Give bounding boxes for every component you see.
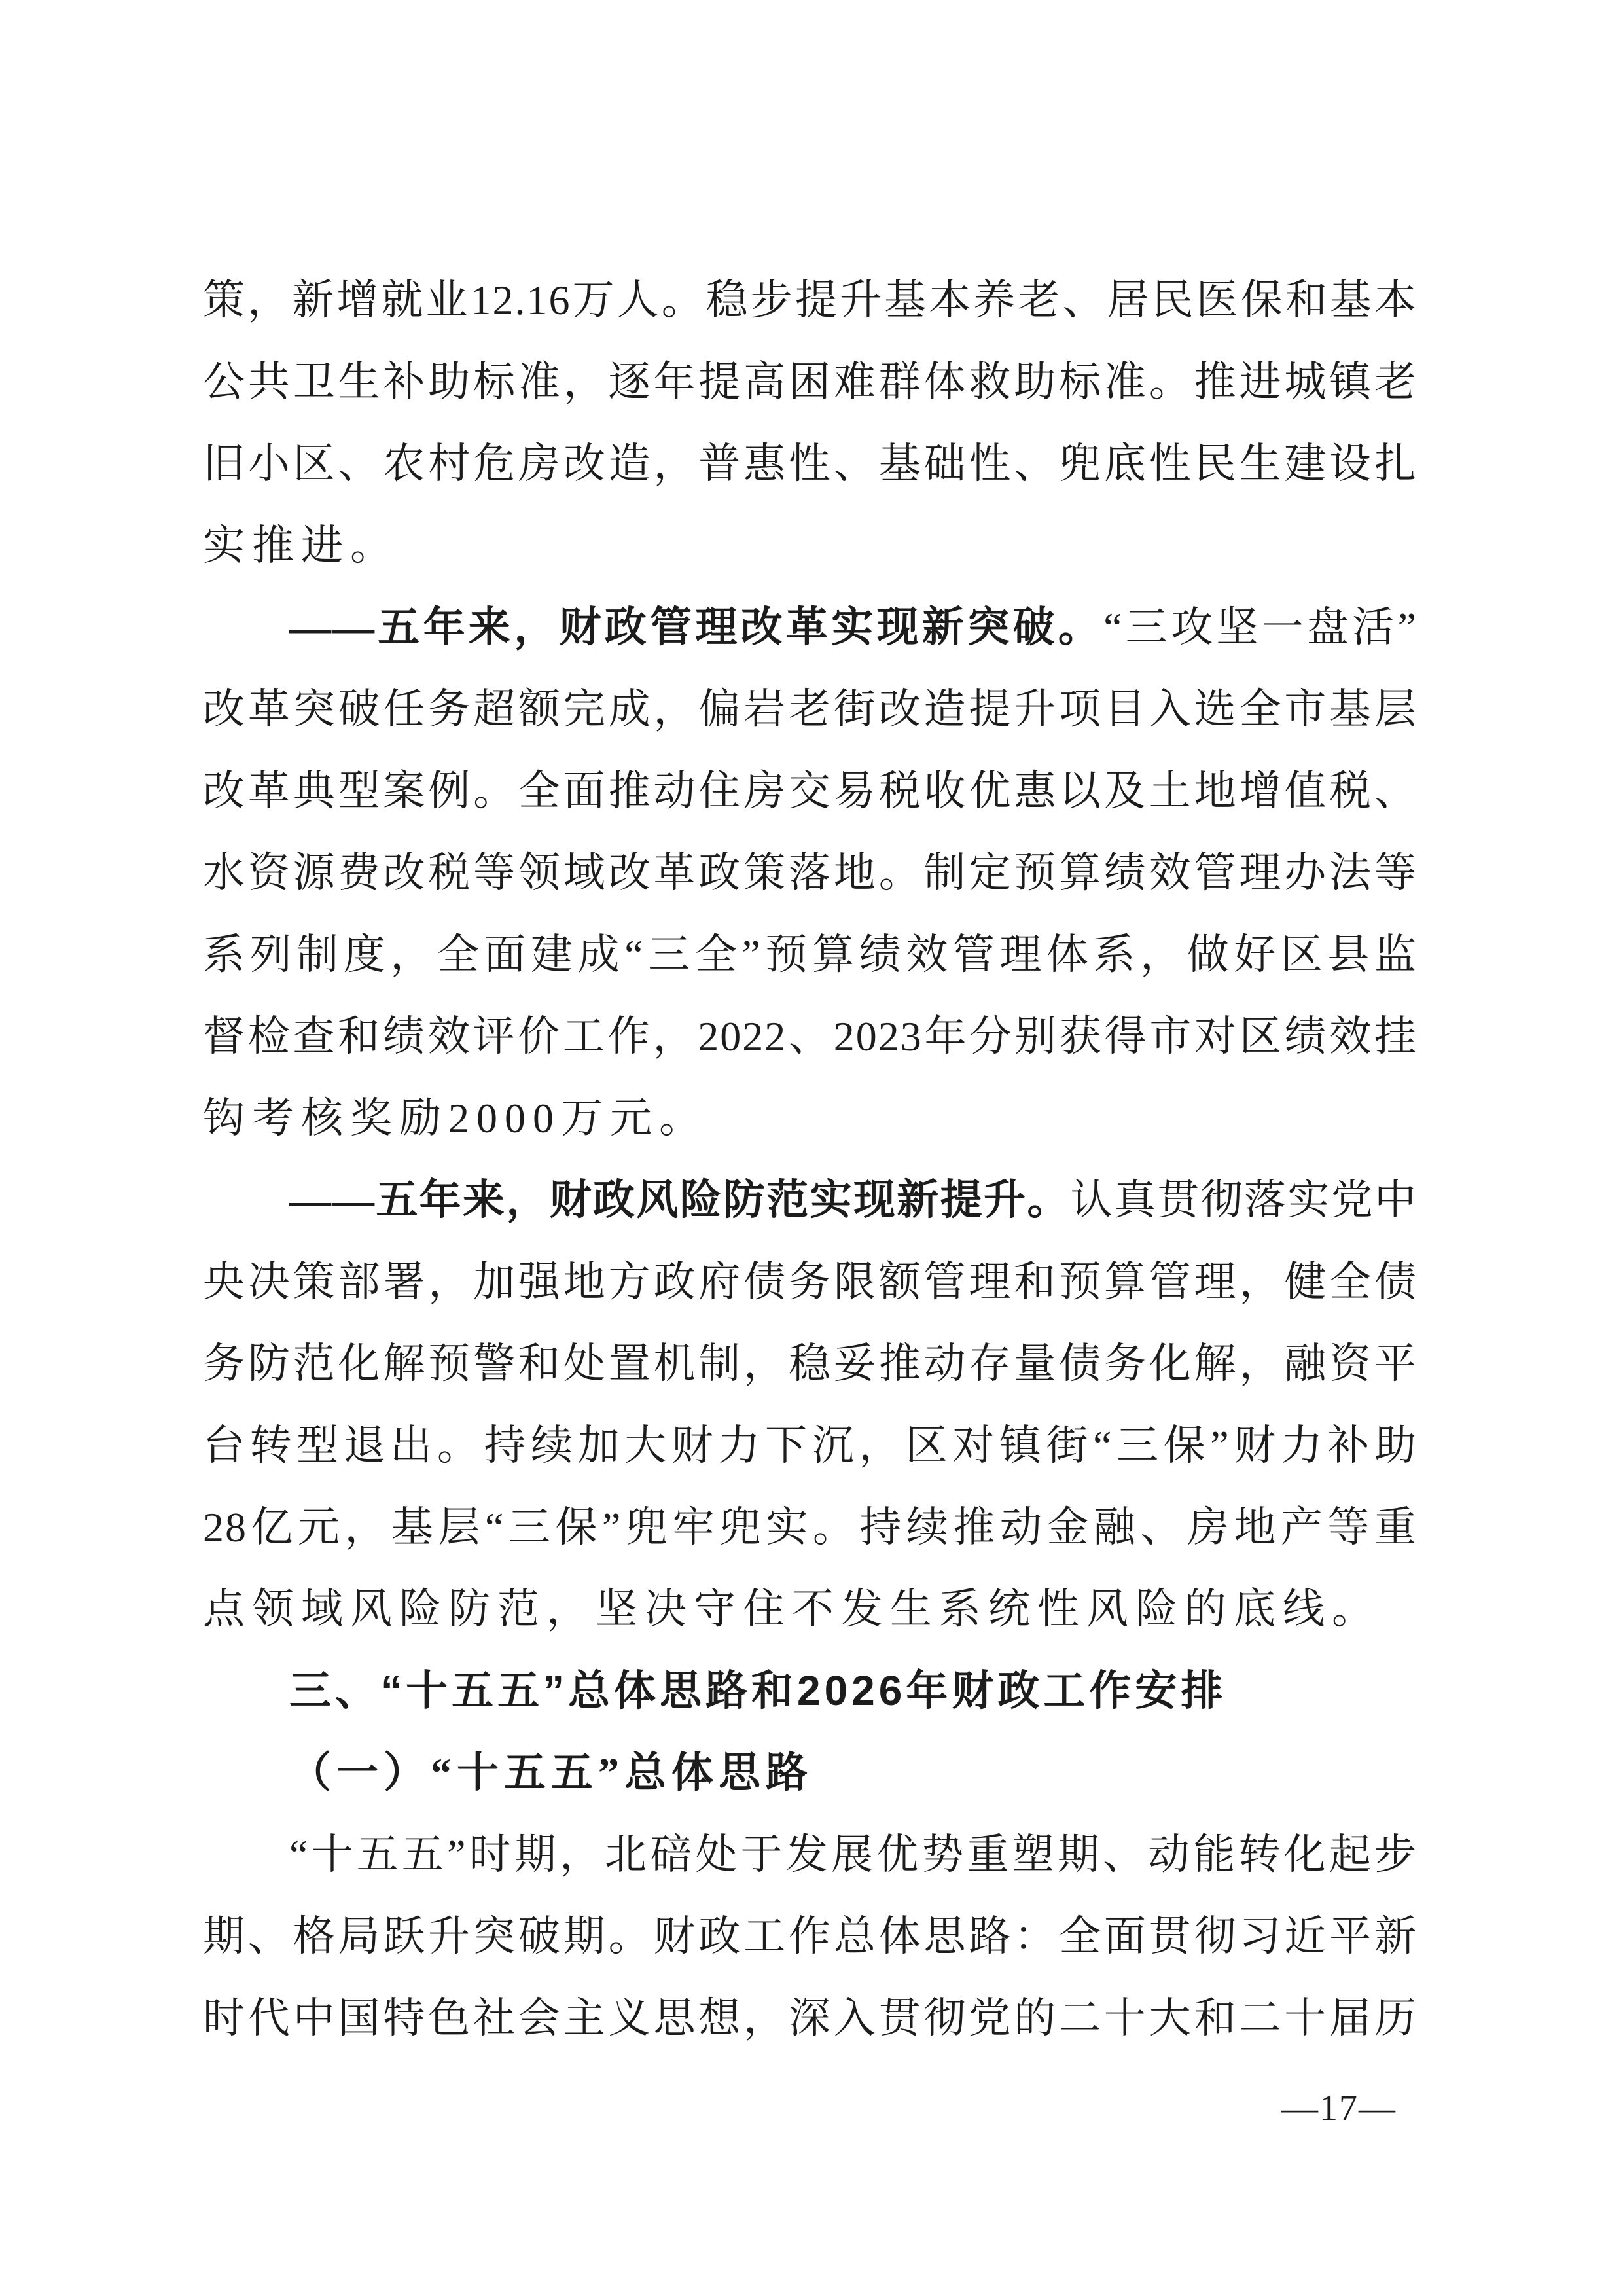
text-line: 台转型退出。持续加大财力下沉，区对镇街“三保”财力补助 (203, 1405, 1418, 1486)
text-line: 期、格局跃升突破期。财政工作总体思路：全面贯彻习近平新 (203, 1895, 1418, 1977)
text-segment: “十五五”时期，北碚处于发展优势重塑期、动能转化起步 (289, 1831, 1418, 1878)
text-segment: 改革突破任务超额完成，偏岩老街改造提升项目入选全市基层 (203, 686, 1418, 732)
document-page: 策，新增就业12.16万人。稳步提升基本养老、居民医保和基本公共卫生补助标准，逐… (0, 0, 1623, 2296)
text-line: ——五年来，财政管理改革实现新突破。“三攻坚一盘活” (203, 586, 1418, 668)
text-line: ——五年来，财政风险防范实现新提升。认真贯彻落实党中 (203, 1159, 1418, 1241)
subsection-heading: （一）“十五五”总体思路 (203, 1732, 1418, 1814)
text-segment: 督检查和绩效评价工作，2022、2023年分别获得市对区绩效挂 (203, 1013, 1418, 1060)
text-segment: 认真贯彻落实党中 (1071, 1177, 1418, 1223)
text-segment: 钩考核奖励2000万元。 (203, 1095, 708, 1141)
text-segment: 点领域风险防范，坚决守住不发生系统性风险的底线。 (203, 1586, 1381, 1632)
text-segment: 期、格局跃升突破期。财政工作总体思路：全面贯彻习近平新 (203, 1913, 1418, 1960)
text-line: 点领域风险防范，坚决守住不发生系统性风险的底线。 (203, 1568, 1418, 1650)
bold-text-segment: ——五年来，财政管理改革实现新突破。 (289, 604, 1103, 651)
text-segment: 旧小区、农村危房改造，普惠性、基础性、兜底性民生建设扎 (203, 440, 1418, 487)
text-line: 务防范化解预警和处置机制，稳妥推动存量债务化解，融资平 (203, 1323, 1418, 1405)
text-line: 水资源费改税等领域改革政策落地。制定预算绩效管理办法等 (203, 832, 1418, 914)
document-content: 策，新增就业12.16万人。稳步提升基本养老、居民医保和基本公共卫生补助标准，逐… (203, 259, 1418, 2059)
page-number: —17— (1281, 2085, 1397, 2131)
text-line: “十五五”时期，北碚处于发展优势重塑期、动能转化起步 (203, 1814, 1418, 1895)
text-segment: 实推进。 (203, 522, 399, 569)
text-segment: “三攻坚一盘活” (1103, 604, 1418, 651)
text-line: 时代中国特色社会主义思想，深入贯彻党的二十大和二十届历 (203, 1977, 1418, 2059)
text-segment: 务防范化解预警和处置机制，稳妥推动存量债务化解，融资平 (203, 1340, 1418, 1387)
text-segment: 时代中国特色社会主义思想，深入贯彻党的二十大和二十届历 (203, 1995, 1418, 2041)
text-line: 系列制度，全面建成“三全”预算绩效管理体系，做好区县监 (203, 914, 1418, 996)
text-line: 督检查和绩效评价工作，2022、2023年分别获得市对区绩效挂 (203, 996, 1418, 1077)
bold-text-segment: 三、“十五五”总体思路和2026年财政工作安排 (289, 1667, 1226, 1714)
section-heading: 三、“十五五”总体思路和2026年财政工作安排 (203, 1650, 1418, 1732)
text-segment: 策，新增就业12.16万人。稳步提升基本养老、居民医保和基本 (203, 277, 1418, 323)
text-segment: 改革典型案例。全面推动住房交易税收优惠以及土地增值税、 (203, 768, 1418, 814)
text-line: 策，新增就业12.16万人。稳步提升基本养老、居民医保和基本 (203, 259, 1418, 341)
text-line: 改革典型案例。全面推动住房交易税收优惠以及土地增值税、 (203, 750, 1418, 832)
text-line: 钩考核奖励2000万元。 (203, 1077, 1418, 1159)
text-line: 央决策部署，加强地方政府债务限额管理和预算管理，健全债 (203, 1241, 1418, 1323)
text-segment: 央决策部署，加强地方政府债务限额管理和预算管理，健全债 (203, 1259, 1418, 1305)
text-line: 旧小区、农村危房改造，普惠性、基础性、兜底性民生建设扎 (203, 423, 1418, 505)
text-segment: （一）“十五五”总体思路 (289, 1749, 813, 1796)
text-segment: 28亿元，基层“三保”兜牢兜实。持续推动金融、房地产等重 (203, 1504, 1418, 1551)
text-segment: 公共卫生补助标准，逐年提高困难群体救助标准。推进城镇老 (203, 359, 1418, 405)
text-segment: 系列制度，全面建成“三全”预算绩效管理体系，做好区县监 (203, 931, 1418, 978)
text-line: 实推进。 (203, 505, 1418, 586)
text-segment: 台转型退出。持续加大财力下沉，区对镇街“三保”财力补助 (203, 1422, 1418, 1469)
bold-text-segment: ——五年来，财政风险防范实现新提升。 (289, 1177, 1071, 1223)
text-segment: 水资源费改税等领域改革政策落地。制定预算绩效管理办法等 (203, 850, 1418, 896)
text-line: 改革突破任务超额完成，偏岩老街改造提升项目入选全市基层 (203, 668, 1418, 750)
text-line: 28亿元，基层“三保”兜牢兜实。持续推动金融、房地产等重 (203, 1486, 1418, 1568)
text-line: 公共卫生补助标准，逐年提高困难群体救助标准。推进城镇老 (203, 341, 1418, 423)
